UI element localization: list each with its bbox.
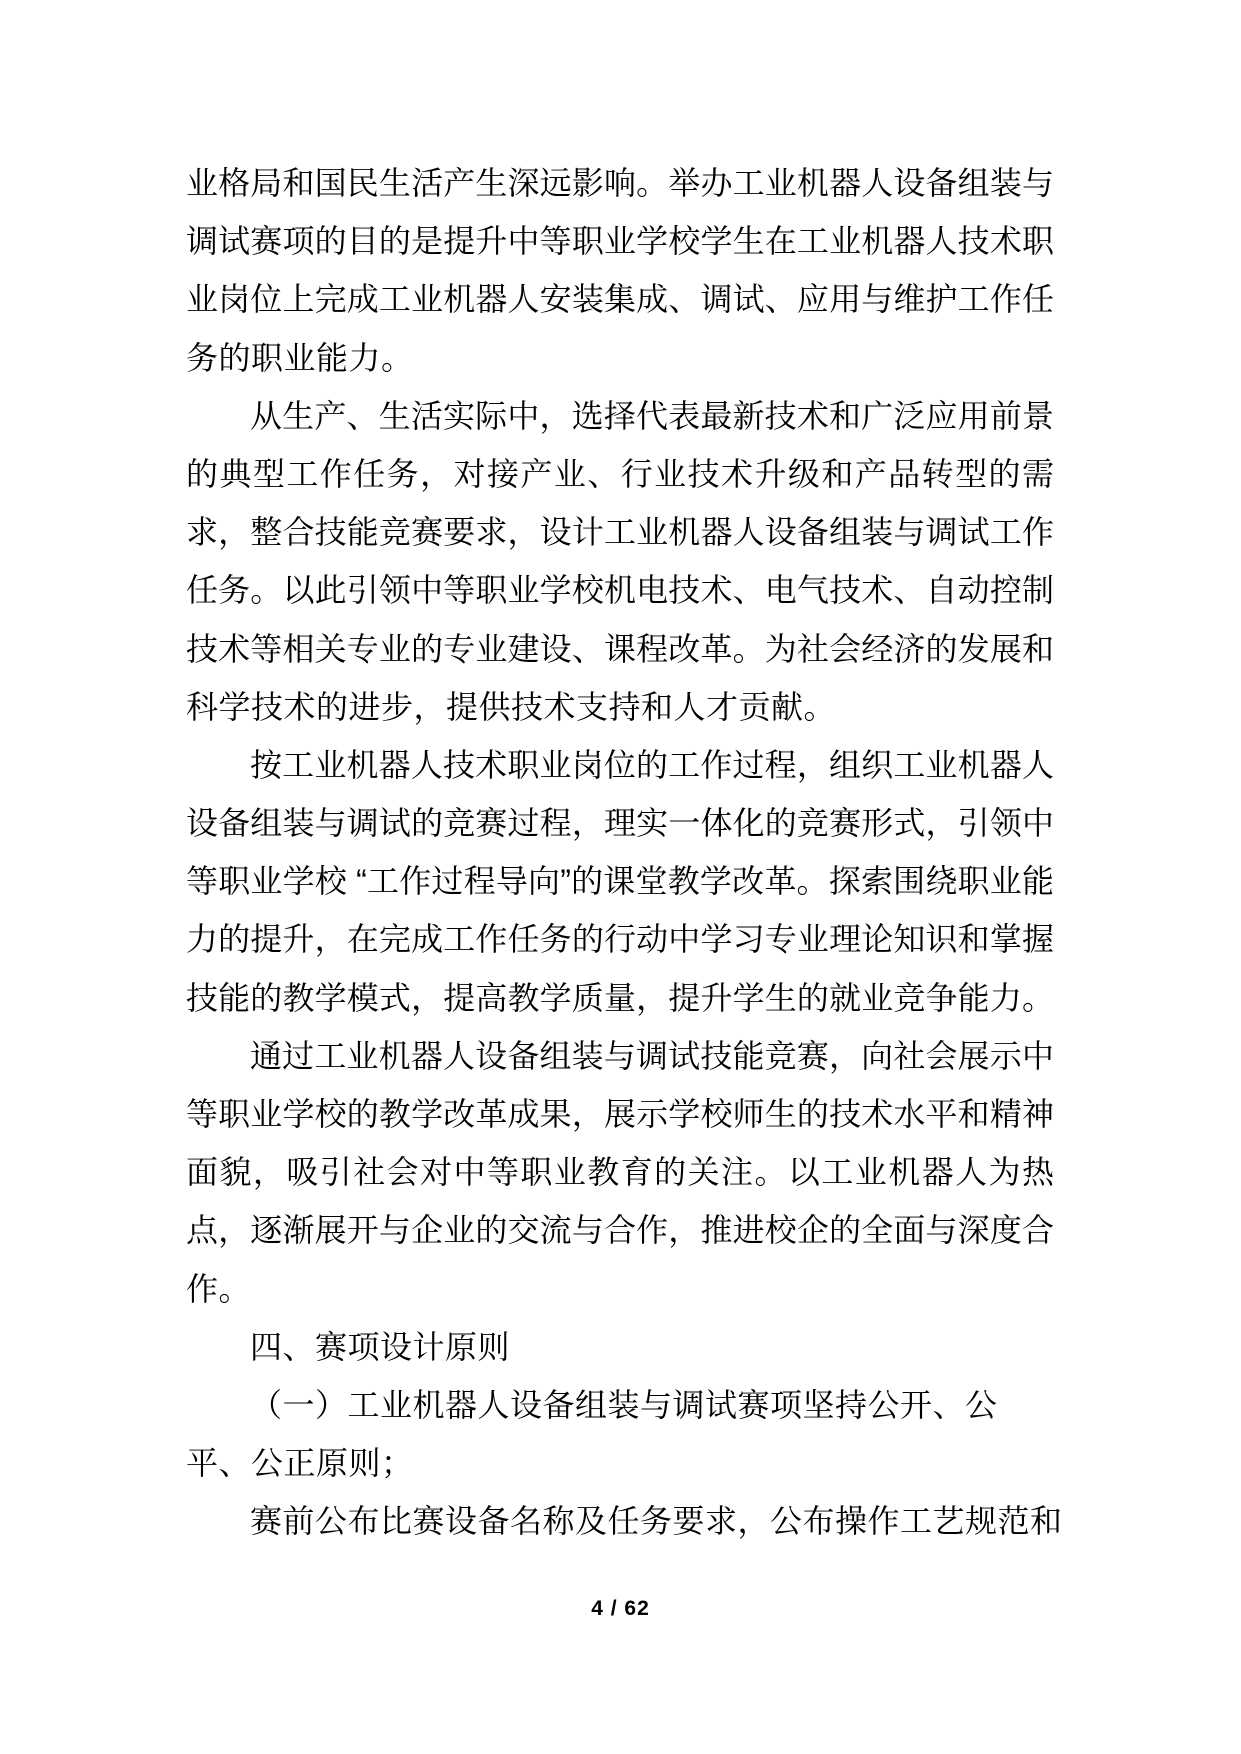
text-line: 求，整合技能竞赛要求，设计工业机器人设备组装与调试工作 [186,503,1054,561]
page-number: 4 / 62 [0,1594,1241,1624]
text-line: 业岗位上完成工业机器人安装集成、调试、应用与维护工作任 [186,270,1054,328]
text-line: 调试赛项的目的是提升中等职业学校学生在工业机器人技术职 [186,212,1054,270]
text-line: 通过工业机器人设备组装与调试技能竞赛，向社会展示中 [186,1027,1054,1085]
document-text-block: 业格局和国民生活产生深远影响。举办工业机器人设备组装与调试赛项的目的是提升中等职… [186,154,1054,1551]
text-line: 点，逐渐展开与企业的交流与合作，推进校企的全面与深度合 [186,1201,1054,1259]
text-line: 作。 [186,1260,1054,1318]
text-line: 赛前公布比赛设备名称及任务要求，公布操作工艺规范和 [186,1492,1054,1550]
text-line: 平、公正原则； [186,1434,1054,1492]
document-page: 业格局和国民生活产生深远影响。举办工业机器人设备组装与调试赛项的目的是提升中等职… [0,0,1241,1754]
text-line: 业格局和国民生活产生深远影响。举办工业机器人设备组装与 [186,154,1054,212]
text-line: 科学技术的进步，提供技术支持和人才贡献。 [186,678,1054,736]
text-line: 任务。以此引领中等职业学校机电技术、电气技术、自动控制 [186,561,1054,619]
text-line: 技能的教学模式，提高教学质量，提升学生的就业竞争能力。 [186,969,1054,1027]
text-line: 等职业学校 “工作过程导向”的课堂教学改革。探索围绕职业能 [186,852,1054,910]
text-line: 务的职业能力。 [186,329,1054,387]
text-line: （一）工业机器人设备组装与调试赛项坚持公开、公 [186,1376,1054,1434]
text-line: 等职业学校的教学改革成果，展示学校师生的技术水平和精神 [186,1085,1054,1143]
text-line: 从生产、生活实际中，选择代表最新技术和广泛应用前景 [186,387,1054,445]
text-line: 技术等相关专业的专业建设、课程改革。为社会经济的发展和 [186,620,1054,678]
text-line: 力的提升，在完成工作任务的行动中学习专业理论知识和掌握 [186,910,1054,968]
text-line: 设备组装与调试的竞赛过程，理实一体化的竞赛形式，引领中 [186,794,1054,852]
text-line: 面貌，吸引社会对中等职业教育的关注。以工业机器人为热 [186,1143,1054,1201]
text-line: 的典型工作任务，对接产业、行业技术升级和产品转型的需 [186,445,1054,503]
text-line: 按工业机器人技术职业岗位的工作过程，组织工业机器人 [186,736,1054,794]
text-line: 四、赛项设计原则 [186,1318,1054,1376]
